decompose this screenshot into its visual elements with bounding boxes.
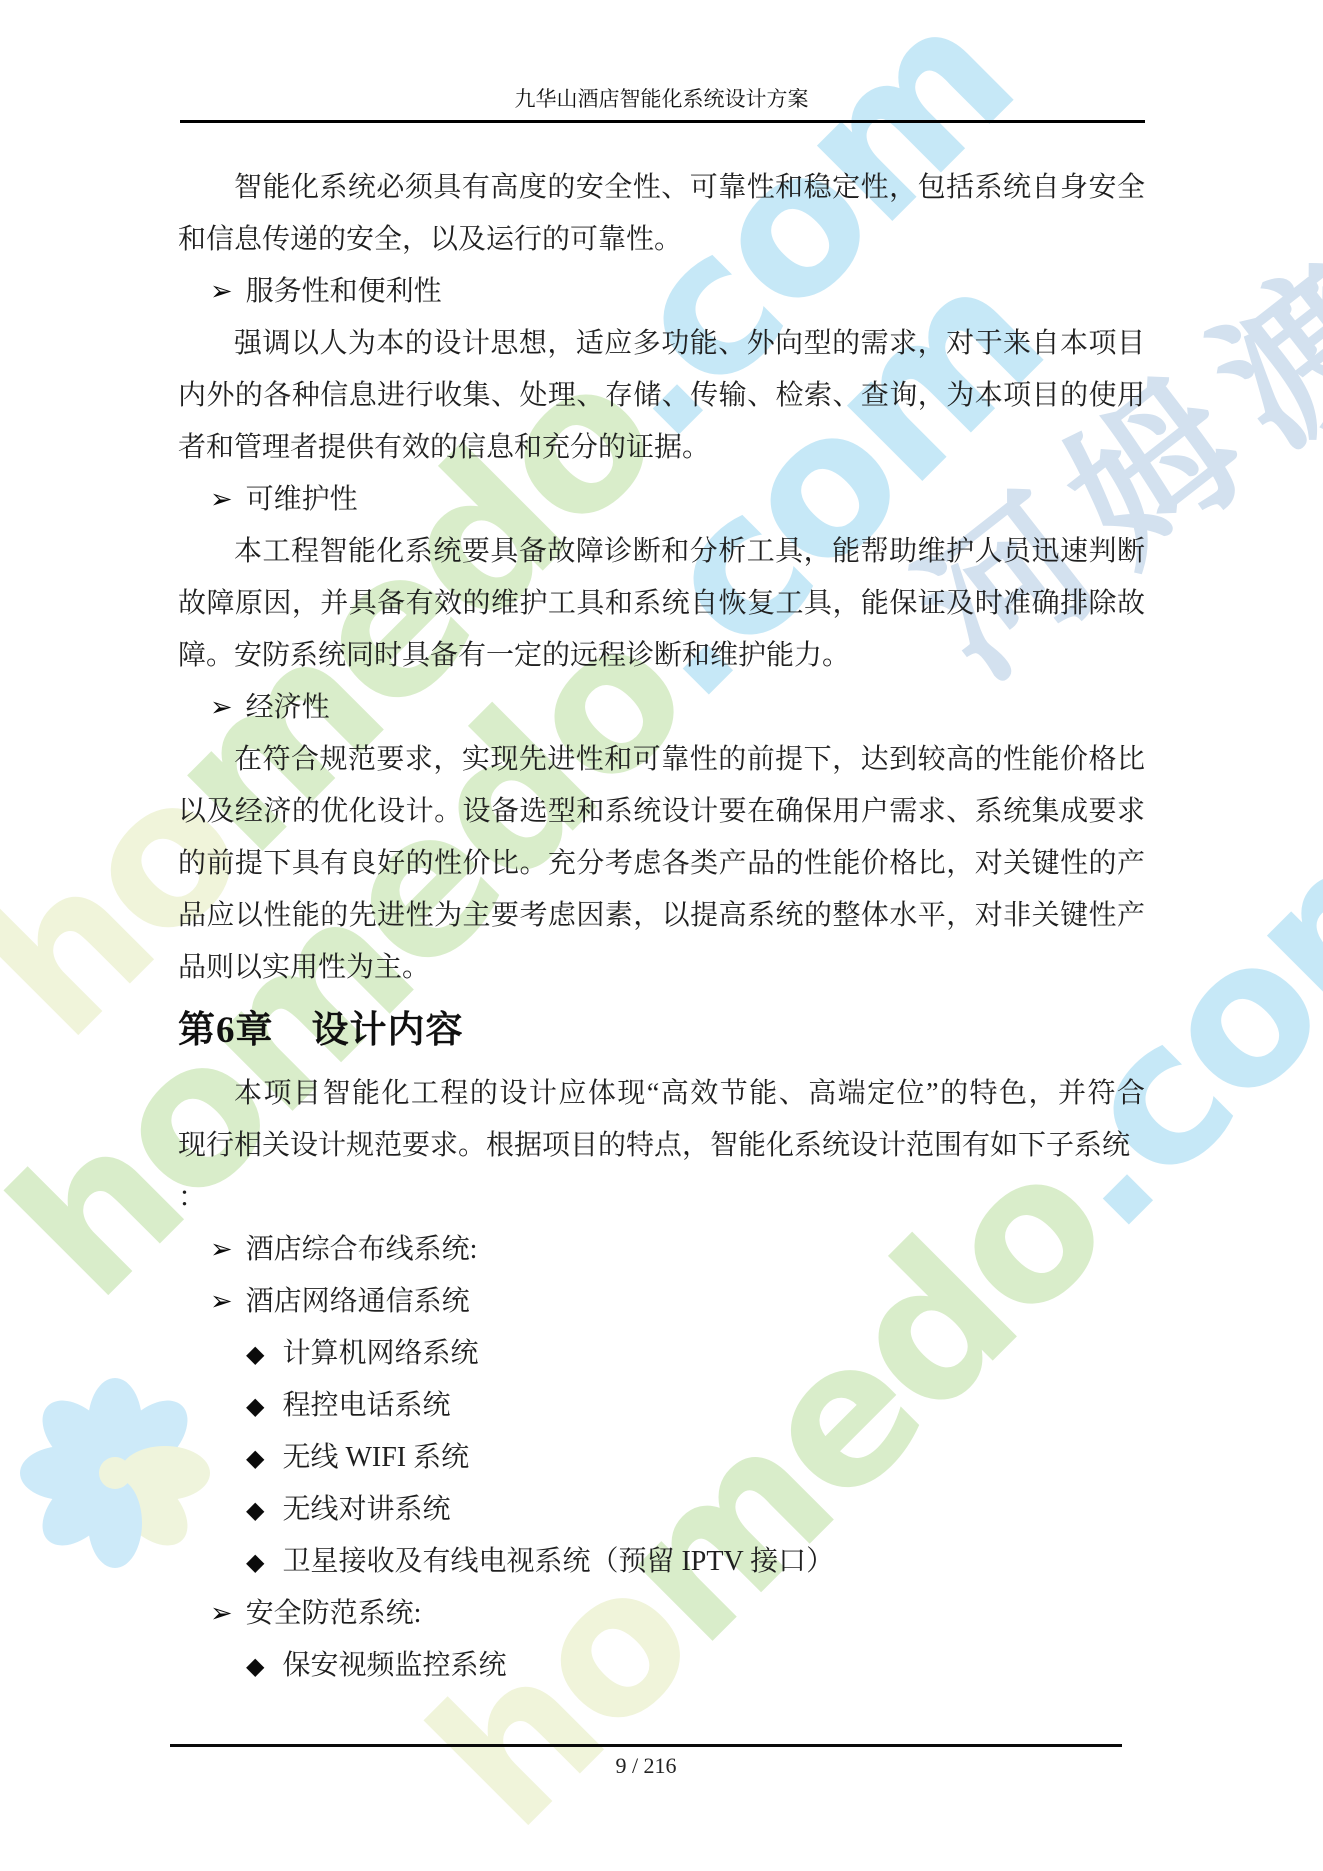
text-line: 在符合规范要求，实现先进性和可靠性的前提下，达到较高的性能价格比 <box>178 734 1145 786</box>
list-item-cabling: ➢酒店综合布线系统: <box>178 1224 1145 1276</box>
document-body: 智能化系统必须具有高度的安全性、可靠性和稳定性，包括系统自身安全和信息传递的安全… <box>178 162 1145 1692</box>
list-item-label: 酒店网络通信系统 <box>246 1286 470 1317</box>
list-item-label: 经济性 <box>246 692 330 723</box>
text-line: 障。安防系统同时具备有一定的远程诊断和维护能力。 <box>178 630 1145 682</box>
text-line: 强调以人为本的设计思想，适应多功能、外向型的需求，对于来自本项目 <box>178 318 1145 370</box>
diamond-bullet-icon: ◆ <box>246 1444 264 1472</box>
list-item-computer-network: ◆计算机网络系统 <box>178 1328 1145 1380</box>
list-item-label: 保安视频监控系统 <box>282 1650 506 1681</box>
list-item-label: 无线 WIFI 系统 <box>282 1442 469 1473</box>
diamond-bullet-icon: ◆ <box>246 1652 264 1680</box>
text-line: 的前提下具有良好的性价比。充分考虑各类产品的性能价格比，对关键性的产 <box>178 838 1145 890</box>
text-line: 本工程智能化系统要具备故障诊断和分析工具，能帮助维护人员迅速判断 <box>178 526 1145 578</box>
list-item-label: 安全防范系统: <box>246 1598 422 1629</box>
paragraph-diagnostics: 本工程智能化系统要具备故障诊断和分析工具，能帮助维护人员迅速判断故障原因，并具备… <box>178 526 1145 682</box>
text-line: 现行相关设计规范要求。根据项目的特点，智能化系统设计范围有如下子系统 <box>178 1120 1145 1172</box>
paragraph-human-oriented: 强调以人为本的设计思想，适应多功能、外向型的需求，对于来自本项目内外的各种信息进… <box>178 318 1145 474</box>
text-line: 内外的各种信息进行收集、处理、存储、传输、检索、查询，为本项目的使用 <box>178 370 1145 422</box>
document-page: homedo.com homedo.com homedo.com 河姆渡 九华山… <box>0 0 1323 1871</box>
diamond-bullet-icon: ◆ <box>246 1340 264 1368</box>
page-number: 9 / 216 <box>170 1753 1122 1779</box>
diamond-bullet-icon: ◆ <box>246 1496 264 1524</box>
header-rule <box>180 120 1145 123</box>
diamond-bullet-icon: ◆ <box>246 1392 264 1420</box>
list-item-maintainability: ➢可维护性 <box>178 474 1145 526</box>
list-item-network-comm: ➢酒店网络通信系统 <box>178 1276 1145 1328</box>
text-line: 本项目智能化工程的设计应体现“高效节能、高端定位”的特色，并符合 <box>178 1068 1145 1120</box>
list-item-serviceability: ➢服务性和便利性 <box>178 266 1145 318</box>
list-item-label: 可维护性 <box>246 484 358 515</box>
arrow-bullet-icon: ➢ <box>210 1234 233 1265</box>
arrow-bullet-icon: ➢ <box>210 276 233 307</box>
list-item-label: 卫星接收及有线电视系统（预留 IPTV 接口） <box>282 1546 834 1577</box>
arrow-bullet-icon: ➢ <box>210 692 233 723</box>
list-item-security-system: ➢安全防范系统: <box>178 1588 1145 1640</box>
arrow-bullet-icon: ➢ <box>210 1598 233 1629</box>
header-title: 九华山酒店智能化系统设计方案 <box>515 87 809 111</box>
chapter-heading: 第6章 设计内容 <box>178 1008 1145 1054</box>
system-list: ➢酒店综合布线系统: ➢酒店网络通信系统 ◆计算机网络系统 ◆程控电话系统 ◆无… <box>178 1224 1145 1692</box>
list-item-label: 服务性和便利性 <box>246 276 442 307</box>
text-line: 故障原因，并具备有效的维护工具和系统自恢复工具，能保证及时准确排除故 <box>178 578 1145 630</box>
list-item-label: 程控电话系统 <box>282 1390 450 1421</box>
list-item-label: 计算机网络系统 <box>282 1338 478 1369</box>
page-header: 九华山酒店智能化系统设计方案 <box>178 86 1145 112</box>
list-item-label: 无线对讲系统 <box>282 1494 450 1525</box>
paragraph-security: 智能化系统必须具有高度的安全性、可靠性和稳定性，包括系统自身安全和信息传递的安全… <box>178 162 1145 266</box>
text-line: 和信息传递的安全，以及运行的可靠性。 <box>178 214 1145 266</box>
list-item-video-surveillance: ◆保安视频监控系统 <box>178 1640 1145 1692</box>
arrow-bullet-icon: ➢ <box>210 484 233 515</box>
list-item-label: 酒店综合布线系统: <box>246 1234 478 1265</box>
paragraph-cost-performance: 在符合规范要求，实现先进性和可靠性的前提下，达到较高的性能价格比以及经济的优化设… <box>178 734 1145 994</box>
list-item-intercom: ◆无线对讲系统 <box>178 1484 1145 1536</box>
paragraph-design-scope: 本项目智能化工程的设计应体现“高效节能、高端定位”的特色，并符合现行相关设计规范… <box>178 1068 1145 1172</box>
text-line: 者和管理者提供有效的信息和充分的证据。 <box>178 422 1145 474</box>
colon-line: ： <box>178 1172 1145 1224</box>
diamond-bullet-icon: ◆ <box>246 1548 264 1576</box>
text-line: 以及经济的优化设计。设备选型和系统设计要在确保用户需求、系统集成要求 <box>178 786 1145 838</box>
list-item-wifi: ◆无线 WIFI 系统 <box>178 1432 1145 1484</box>
list-item-pbx-phone: ◆程控电话系统 <box>178 1380 1145 1432</box>
text-line: 智能化系统必须具有高度的安全性、可靠性和稳定性，包括系统自身安全 <box>178 162 1145 214</box>
footer-rule <box>170 1744 1122 1747</box>
arrow-bullet-icon: ➢ <box>210 1286 233 1317</box>
text-line: 品应以性能的先进性为主要考虑因素，以提高系统的整体水平，对非关键性产 <box>178 890 1145 942</box>
list-item-satellite-tv: ◆卫星接收及有线电视系统（预留 IPTV 接口） <box>178 1536 1145 1588</box>
text-line: 品则以实用性为主。 <box>178 942 1145 994</box>
list-item-economy: ➢经济性 <box>178 682 1145 734</box>
